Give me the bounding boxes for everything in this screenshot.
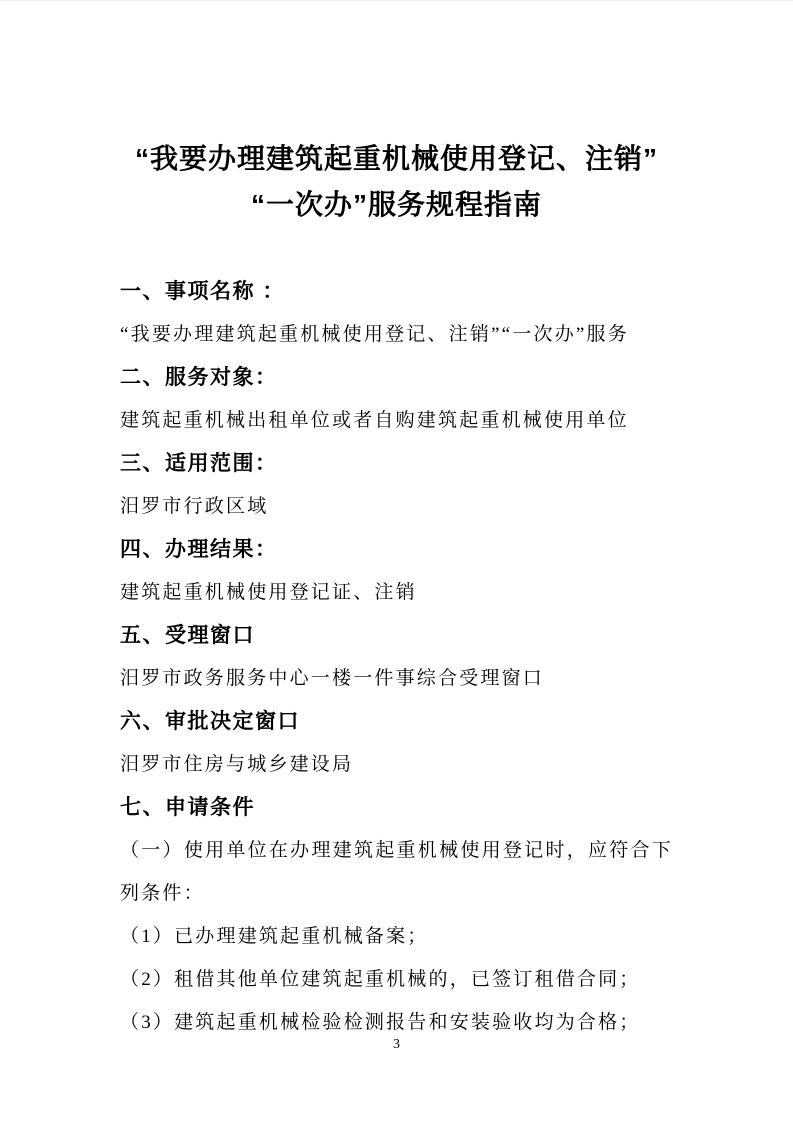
section-3-heading: 三、适用范围：: [120, 442, 673, 485]
section-1-body: “我要办理建筑起重机械使用登记、注销”“一次办”服务: [120, 313, 673, 356]
section-4-heading: 四、办理结果：: [120, 528, 673, 571]
section-6-body: 汨罗市住房与城乡建设局: [120, 743, 673, 786]
page-number: 3: [0, 1035, 793, 1055]
section-7-condition-1: （1）已办理建筑起重机械备案；: [120, 915, 673, 958]
sections-container: 一、事项名称 ： “我要办理建筑起重机械使用登记、注销”“一次办”服务 二、服务…: [120, 270, 673, 1044]
section-7-paragraph: （一）使用单位在办理建筑起重机械使用登记时，应符合下列条件：: [120, 829, 673, 915]
document-title-line1: “我要办理建筑起重机械使用登记、注销”: [120, 136, 673, 182]
section-2-heading: 二、服务对象：: [120, 356, 673, 399]
document-content: “我要办理建筑起重机械使用登记、注销” “一次办”服务规程指南 一、事项名称 ：…: [120, 136, 673, 1044]
section-6-heading: 六、审批决定窗口: [120, 700, 673, 743]
section-7-condition-2: （2）租借其他单位建筑起重机械的，已签订租借合同；: [120, 958, 673, 1001]
section-4-body: 建筑起重机械使用登记证、注销: [120, 571, 673, 614]
section-1-heading: 一、事项名称 ：: [120, 270, 673, 313]
document-title: “我要办理建筑起重机械使用登记、注销” “一次办”服务规程指南: [120, 136, 673, 228]
section-7-heading: 七、申请条件: [120, 786, 673, 829]
document-page: “我要办理建筑起重机械使用登记、注销” “一次办”服务规程指南 一、事项名称 ：…: [0, 0, 793, 1123]
section-3-body: 汨罗市行政区域: [120, 485, 673, 528]
section-5-body: 汨罗市政务服务中心一楼一件事综合受理窗口: [120, 657, 673, 700]
document-title-line2: “一次办”服务规程指南: [120, 182, 673, 228]
section-2-body: 建筑起重机械出租单位或者自购建筑起重机械使用单位: [120, 399, 673, 442]
section-5-heading: 五、受理窗口: [120, 614, 673, 657]
